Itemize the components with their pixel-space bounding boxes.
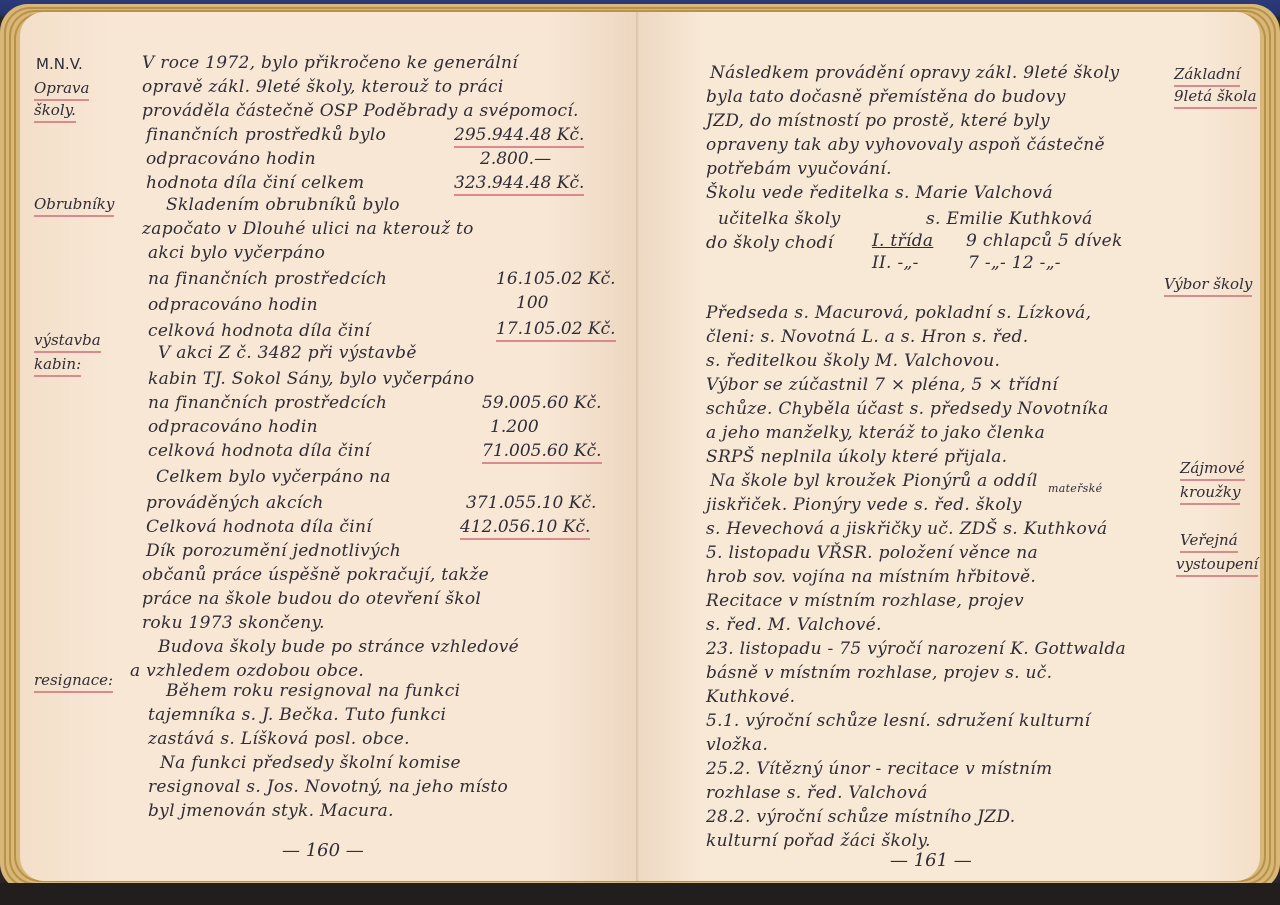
margin-note-oprava: Oprava — [34, 78, 89, 101]
text-line: zastává s. Líšková posl. obce. — [148, 728, 410, 750]
amount-all-actions: 371.055.10 Kč. — [466, 492, 596, 514]
text-insertion: mateřské — [1048, 478, 1102, 500]
text-line: 28.2. výroční schůze místního JZD. — [706, 806, 1015, 828]
text-line: Předseda s. Macurová, pokladní s. Lízkov… — [706, 302, 1091, 324]
margin-note-vystavba: výstavba — [34, 330, 101, 353]
margin-note-vystoupeni: vystoupení — [1176, 554, 1258, 577]
text-line: celková hodnota díla činí — [148, 320, 370, 342]
text-line: rozhlase s. řed. Valchová — [706, 782, 928, 804]
text-line: Celková hodnota díla činí — [146, 516, 372, 538]
text-line: hodnota díla činí celkem — [146, 172, 364, 194]
text-line: opraveny tak aby vyhovovaly aspoň částeč… — [706, 134, 1105, 156]
text-line: prováděla částečně OSP Poděbrady a svépo… — [142, 100, 579, 122]
page-number-160: — 160 — — [282, 840, 364, 861]
text-line: a vzhledem ozdobou obce. — [130, 660, 364, 682]
text-line: roku 1973 skončeny. — [142, 612, 325, 634]
amount-total-value: 323.944.48 Kč. — [454, 172, 584, 196]
text-line: Kuthkové. — [706, 686, 795, 708]
margin-note-mnv: M.N.V. — [36, 54, 83, 77]
text-line: 5. listopadu VŘSR. položení věnce na — [706, 542, 1038, 564]
left-page: M.N.V. Oprava školy. Obrubníky výstavba … — [20, 12, 640, 881]
text-line: vložka. — [706, 734, 768, 756]
amount-financial-resources: 295.944.48 Kč. — [454, 124, 584, 148]
text-line: Celkem bylo vyčerpáno na — [156, 466, 391, 488]
text-line: Během roku resignoval na funkci — [166, 680, 460, 702]
amount-cabins-financial: 59.005.60 Kč. — [482, 392, 602, 414]
text-line: občanů práce úspěšně pokračují, takže — [142, 564, 489, 586]
text-line: Následkem provádění opravy zákl. 9leté š… — [710, 62, 1119, 84]
text-line: členi: s. Novotná L. a s. Hron s. řed. — [706, 326, 1028, 348]
text-line: V roce 1972, bylo přikročeno ke generáln… — [142, 52, 518, 74]
text-line: Dík porozumění jednotlivých — [146, 540, 401, 562]
text-line: do školy chodí — [706, 232, 833, 254]
text-line: finančních prostředků bylo — [146, 124, 386, 146]
text-line: učitelka školy — [718, 208, 841, 230]
page-number-161: — 161 — — [890, 850, 972, 871]
text-line: Budova školy bude po stránce vzhledové — [158, 636, 519, 658]
text-line: na finančních prostředcích — [148, 268, 387, 290]
text-line: 7 -„- 12 -„- — [968, 252, 1061, 274]
right-page: Základní 9letá škola Výbor školy Zájmové… — [640, 12, 1260, 881]
text-line: Školu vede ředitelka s. Marie Valchová — [706, 182, 1053, 204]
amount-curbs-total: 17.105.02 Kč. — [496, 318, 616, 342]
margin-note-vybor-skoly: Výbor školy — [1164, 274, 1252, 297]
text-line: potřebám vyučování. — [706, 158, 892, 180]
margin-note-kabin: kabin: — [34, 354, 81, 377]
text-line: 23. listopadu - 75 výročí narození K. Go… — [706, 638, 1126, 660]
text-line: jiskřiček. Pionýry vede s. řed. školy — [706, 494, 1022, 516]
text-line: odpracováno hodin — [148, 416, 318, 438]
text-line: akci bylo vyčerpáno — [148, 242, 325, 264]
text-line: a jeho manželky, kteráž to jako členka — [706, 422, 1045, 444]
text-line: Výbor se zúčastnil 7 × pléna, 5 × třídní — [706, 374, 1058, 396]
amount-hours-worked: 2.800.— — [480, 148, 551, 170]
margin-note-9leta-skola: 9letá škola — [1174, 86, 1257, 109]
text-line: resignoval s. Jos. Novotný, na jeho míst… — [148, 776, 508, 798]
text-line: byl jmenován styk. Macura. — [148, 800, 394, 822]
text-line: kulturní pořad žáci školy. — [706, 830, 931, 852]
text-line: s. Emilie Kuthková — [926, 208, 1093, 230]
text-line: 25.2. Vítězný únor - recitace v místním — [706, 758, 1052, 780]
amount-curbs-financial: 16.105.02 Kč. — [496, 268, 616, 290]
amount-curbs-hours: 100 — [516, 292, 548, 314]
margin-note-krouzky: kroužky — [1180, 482, 1240, 505]
margin-note-obrubniky: Obrubníky — [34, 194, 114, 217]
text-line: celková hodnota díla činí — [148, 440, 370, 462]
text-line: schůze. Chyběla účast s. předsedy Novotn… — [706, 398, 1109, 420]
margin-note-zakladni: Základní — [1174, 64, 1240, 87]
text-line: Skladením obrubníků bylo — [166, 194, 400, 216]
margin-note-resignace: resignace: — [34, 670, 113, 693]
text-line: na finančních prostředcích — [148, 392, 387, 414]
text-line: kabin TJ. Sokol Sány, bylo vyčerpáno — [148, 368, 474, 390]
text-line: Na funkci předsedy školní komise — [160, 752, 461, 774]
margin-note-verejna: Veřejná — [1180, 530, 1238, 553]
text-line: 9 chlapců 5 dívek — [966, 230, 1123, 252]
text-line: Recitace v místním rozhlase, projev — [706, 590, 1024, 612]
text-line: tajemníka s. J. Bečka. Tuto funkci — [148, 704, 446, 726]
text-line: byla tato dočasně přemístěna do budovy — [706, 86, 1066, 108]
text-line: 5.1. výroční schůze lesní. sdružení kult… — [706, 710, 1090, 732]
amount-cabins-total: 71.005.60 Kč. — [482, 440, 602, 464]
text-line: básně v místním rozhlase, projev s. uč. — [706, 662, 1052, 684]
text-line: Na škole byl kroužek Pionýrů a oddíl — [710, 470, 1038, 492]
text-line: s. ředitelkou školy M. Valchovou. — [706, 350, 1000, 372]
text-line: I. třída — [872, 230, 933, 252]
text-line: opravě zákl. 9leté školy, kterouž to prá… — [142, 76, 504, 98]
margin-note-skoly: školy. — [34, 100, 76, 123]
text-line: V akci Z č. 3482 při výstavbě — [158, 342, 417, 364]
text-line: II. -„- — [872, 252, 919, 274]
margin-note-zajmove: Zájmové — [1180, 458, 1245, 481]
amount-cabins-hours: 1.200 — [490, 416, 539, 438]
text-line: započato v Dlouhé ulici na kterouž to — [142, 218, 474, 240]
amount-grand-total: 412.056.10 Kč. — [460, 516, 590, 540]
text-line: s. řed. M. Valchové. — [706, 614, 882, 636]
text-line: prováděných akcích — [146, 492, 324, 514]
text-line: s. Hevechová a jiskřičky uč. ZDŠ s. Kuth… — [706, 518, 1107, 540]
text-line: JZD, do místností po prostě, které byly — [706, 110, 1050, 132]
text-line: odpracováno hodin — [146, 148, 316, 170]
scanned-book-spread: M.N.V. Oprava školy. Obrubníky výstavba … — [0, 0, 1280, 905]
text-line: hrob sov. vojína na místním hřbitově. — [706, 566, 1036, 588]
text-line: odpracováno hodin — [148, 294, 318, 316]
text-line: práce na škole budou do otevření škol — [142, 588, 481, 610]
text-line: SRPŠ neplnila úkoly které přijala. — [706, 446, 1007, 468]
book-cover-bottom — [0, 883, 1280, 905]
